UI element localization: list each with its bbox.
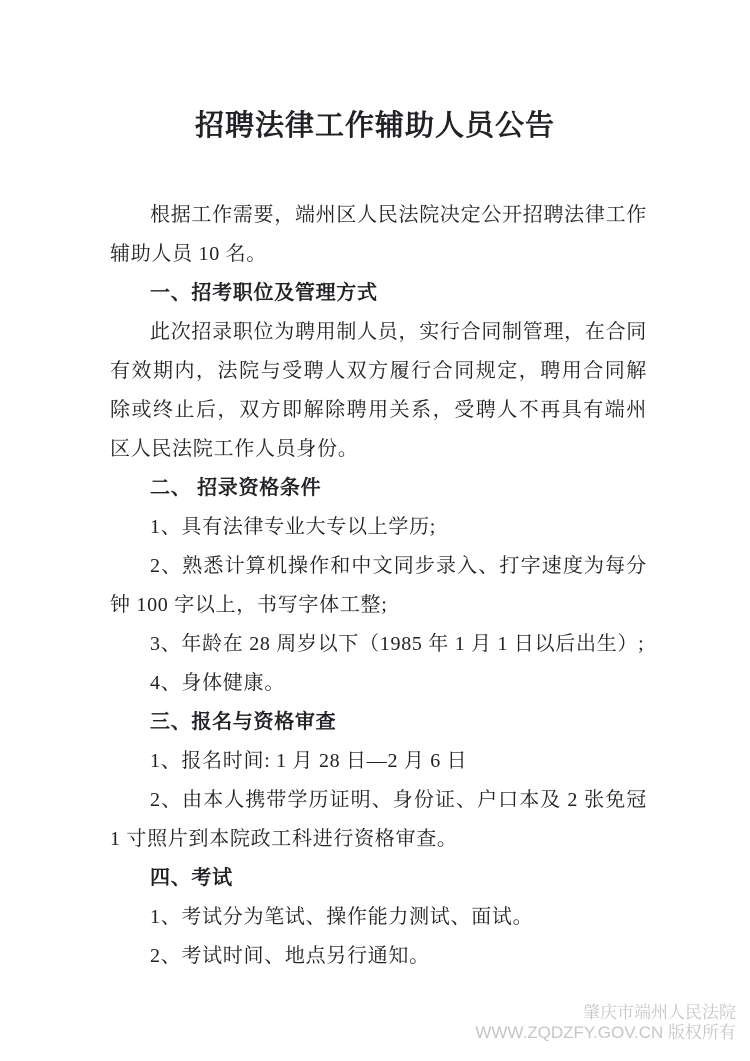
paragraph: 1、考试分为笔试、操作能力测试、面试。: [110, 898, 647, 937]
section-heading: 四、考试: [110, 859, 647, 898]
section-heading: 三、报名与资格审查: [110, 703, 647, 742]
section-heading: 一、招考职位及管理方式: [110, 274, 647, 313]
paragraph: 2、考试时间、地点另行通知。: [110, 937, 647, 976]
document-body: 根据工作需要，端州区人民法院决定公开招聘法律工作辅助人员 10 名。一、招考职位…: [110, 196, 647, 976]
paragraph: 4、身体健康。: [110, 664, 647, 703]
paragraph: 3、年龄在 28 周岁以下（1985 年 1 月 1 日以后出生）;: [110, 625, 647, 664]
paragraph: 2、熟悉计算机操作和中文同步录入、打字速度为每分钟 100 字以上，书写字体工整…: [110, 547, 647, 625]
paragraph: 根据工作需要，端州区人民法院决定公开招聘法律工作辅助人员 10 名。: [110, 196, 647, 274]
paragraph: 1、具有法律专业大专以上学历;: [110, 508, 647, 547]
paragraph: 1、报名时间: 1 月 28 日—2 月 6 日: [110, 742, 647, 781]
watermark-copyright-line: WWW.ZQDZFY.GOV.CN 版权所有: [475, 1023, 736, 1043]
document-title: 招聘法律工作辅助人员公告: [0, 107, 750, 145]
section-heading: 二、 招录资格条件: [110, 469, 647, 508]
document-page: 招聘法律工作辅助人员公告 根据工作需要，端州区人民法院决定公开招聘法律工作辅助人…: [0, 0, 750, 1061]
watermark: 肇庆市端州人民法院 WWW.ZQDZFY.GOV.CN 版权所有: [475, 1003, 736, 1043]
watermark-org-line: 肇庆市端州人民法院: [475, 1003, 736, 1023]
paragraph: 此次招录职位为聘用制人员，实行合同制管理，在合同有效期内，法院与受聘人双方履行合…: [110, 313, 647, 469]
paragraph: 2、由本人携带学历证明、身份证、户口本及 2 张免冠 1 寸照片到本院政工科进行…: [110, 781, 647, 859]
